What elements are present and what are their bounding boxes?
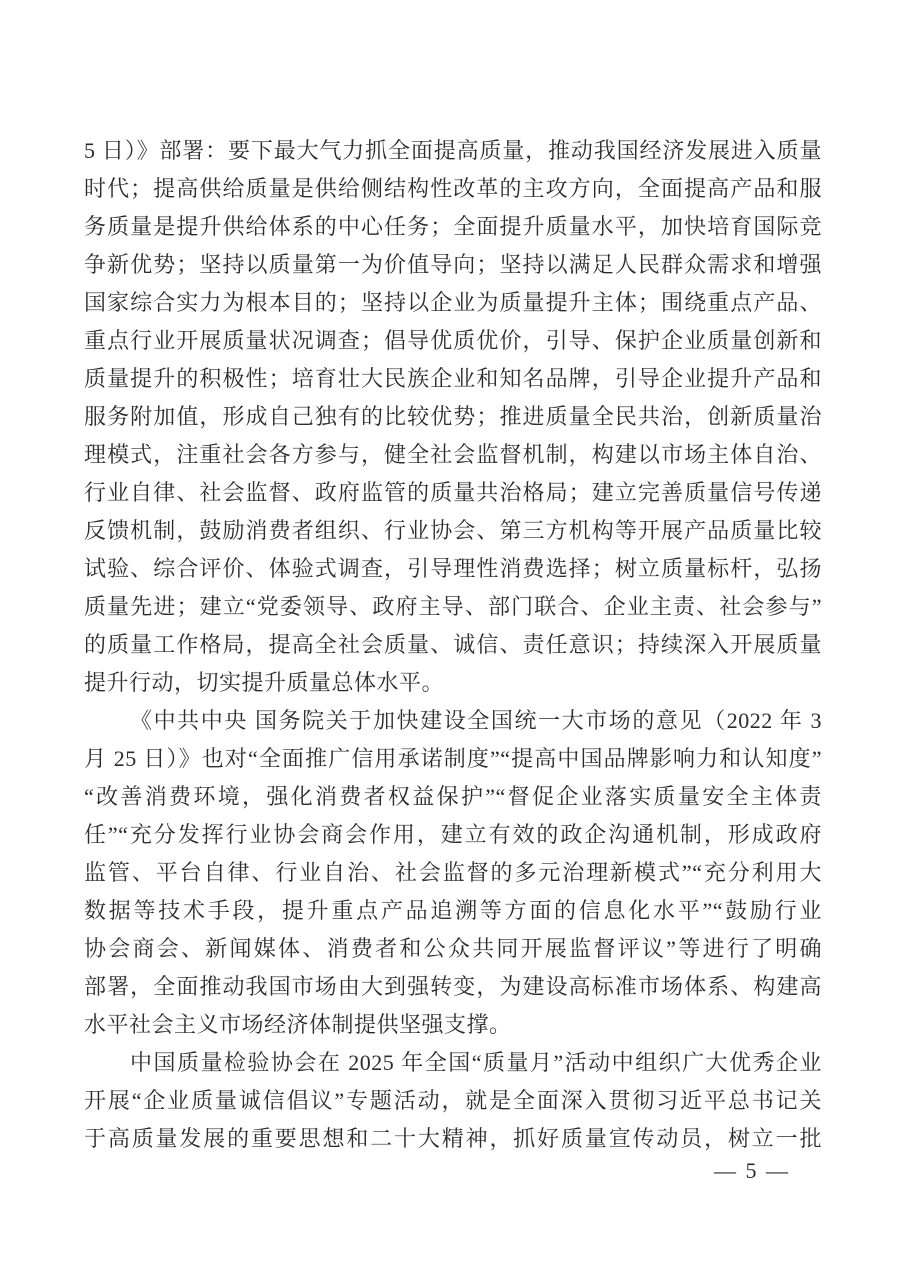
text-line: 协会商会、新闻媒体、消费者和公众共同开展监督评议”等进行了明确 (84, 930, 822, 968)
body-text: 5 日）》部署：要下最大气力抓全面提高质量，推动我国经济发展进入质量 时代；提高… (84, 132, 822, 1158)
text-line: 理模式，注重社会各方参与，健全社会监督机制，构建以市场主体自治、 (84, 436, 822, 474)
text-line: 争新优势；坚持以质量第一为价值导向；坚持以满足人民群众需求和增强 (84, 246, 822, 284)
text-line: 月 25 日）》也对“全面推广信用承诺制度”“提高中国品牌影响力和认知度” (84, 740, 822, 778)
text-line: 数据等技术手段，提升重点产品追溯等方面的信息化水平”“鼓励行业 (84, 892, 822, 930)
text-line: 于高质量发展的重要思想和二十大精神，抓好质量宣传动员，树立一批 (84, 1120, 822, 1158)
text-line: 质量提升的积极性；培育壮大民族企业和知名品牌，引导企业提升产品和 (84, 360, 822, 398)
text-line: 时代；提高供给质量是供给侧结构性改革的主攻方向，全面提高产品和服 (84, 170, 822, 208)
text-line-paragraph-start: 《中共中央 国务院关于加快建设全国统一大市场的意见（2022 年 3 (84, 702, 822, 740)
document-page: 5 日）》部署：要下最大气力抓全面提高质量，推动我国经济发展进入质量 时代；提高… (0, 0, 900, 1273)
text-line: 的质量工作格局，提高全社会质量、诚信、责任意识；持续深入开展质量 (84, 626, 822, 664)
text-line: “改善消费环境，强化消费者权益保护”“督促企业落实质量安全主体责 (84, 778, 822, 816)
text-line: 5 日）》部署：要下最大气力抓全面提高质量，推动我国经济发展进入质量 (84, 132, 822, 170)
text-line: 质量先进；建立“党委领导、政府主导、部门联合、企业主责、社会参与” (84, 588, 822, 626)
text-line: 国家综合实力为根本目的；坚持以企业为质量提升主体；围绕重点产品、 (84, 284, 822, 322)
text-line: 试验、综合评价、体验式调查，引导理性消费选择；树立质量标杆，弘扬 (84, 550, 822, 588)
text-line: 服务附加值，形成自己独有的比较优势；推进质量全民共治，创新质量治 (84, 398, 822, 436)
text-line: 任”“充分发挥行业协会商会作用，建立有效的政企沟通机制，形成政府 (84, 816, 822, 854)
text-line: 务质量是提升供给体系的中心任务；全面提升质量水平，加快培育国际竞 (84, 208, 822, 246)
text-line: 监管、平台自律、行业自治、社会监督的多元治理新模式”“充分利用大 (84, 854, 822, 892)
text-line: 反馈机制，鼓励消费者组织、行业协会、第三方机构等开展产品质量比较 (84, 512, 822, 550)
text-line-paragraph-end: 水平社会主义市场经济体制提供坚强支撑。 (84, 1006, 822, 1044)
page-number: — 5 — (714, 1152, 790, 1190)
text-line: 部署，全面推动我国市场由大到强转变，为建设高标准市场体系、构建高 (84, 968, 822, 1006)
text-line-paragraph-end: 提升行动，切实提升质量总体水平。 (84, 664, 822, 702)
text-line-paragraph-start: 中国质量检验协会在 2025 年全国“质量月”活动中组织广大优秀企业 (84, 1044, 822, 1082)
text-line: 开展“企业质量诚信倡议”专题活动，就是全面深入贯彻习近平总书记关 (84, 1082, 822, 1120)
text-line: 重点行业开展质量状况调查；倡导优质优价，引导、保护企业质量创新和 (84, 322, 822, 360)
text-line: 行业自律、社会监督、政府监管的质量共治格局；建立完善质量信号传递 (84, 474, 822, 512)
